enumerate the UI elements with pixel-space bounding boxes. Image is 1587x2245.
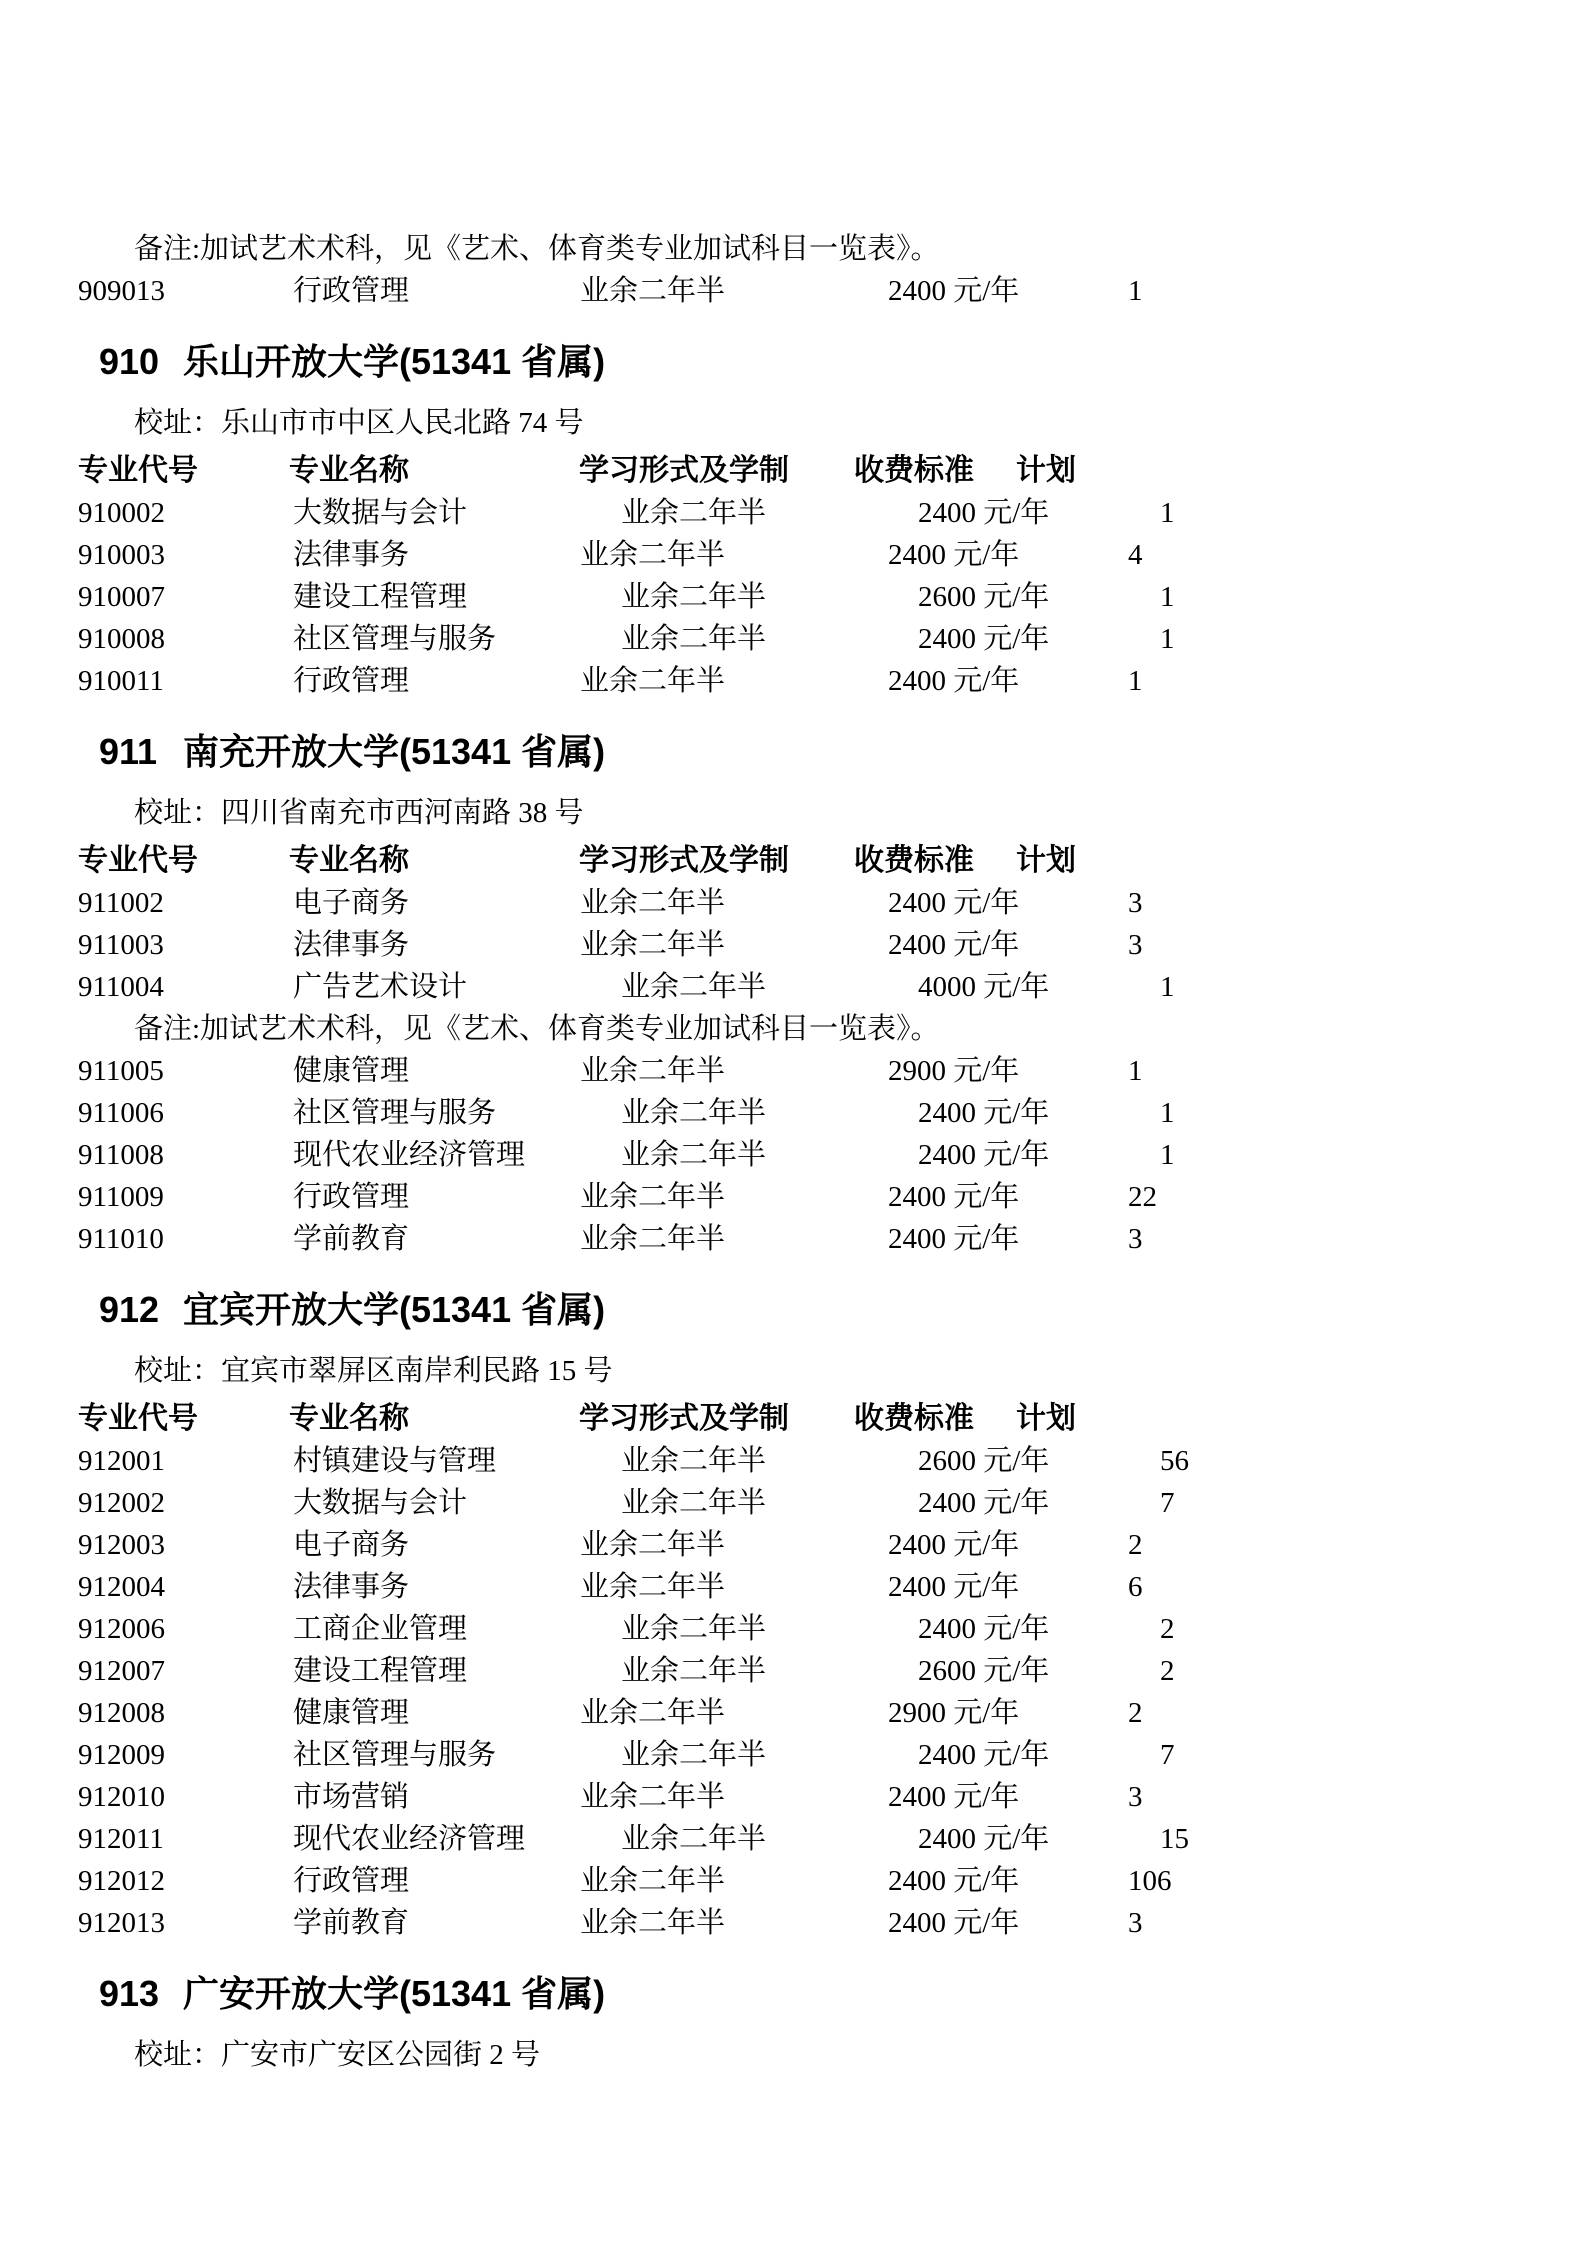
plan-count: 15 <box>1160 1818 1189 1860</box>
section-school-name: 宜宾开放大学(51341 省属) <box>183 1286 605 1334</box>
program-row: 912007建设工程管理业余二年半2600 元/年2 <box>0 1650 1587 1692</box>
section-number: 910 <box>99 338 159 386</box>
program-code: 912012 <box>78 1860 165 1902</box>
program-row: 910008社区管理与服务业余二年半2400 元/年1 <box>0 618 1587 660</box>
study-form: 业余二年半 <box>621 1482 766 1524</box>
program-code: 911010 <box>78 1218 164 1260</box>
study-form: 业余二年半 <box>621 1440 766 1482</box>
section-912: 912宜宾开放大学(51341 省属)校址：宜宾市翠屏区南岸利民路 15 号专业… <box>0 1286 1587 1944</box>
section-911: 911南充开放大学(51341 省属)校址：四川省南充市西河南路 38 号专业代… <box>0 728 1587 1260</box>
plan-count: 7 <box>1160 1734 1175 1776</box>
program-row: 912004法律事务业余二年半2400 元/年6 <box>0 1566 1587 1608</box>
program-code: 911003 <box>78 924 164 966</box>
program-code: 910008 <box>78 618 165 660</box>
column-header-plan: 计划 <box>1016 450 1076 492</box>
program-name: 大数据与会计 <box>293 1482 467 1524</box>
column-header-fee: 收费标准 <box>854 450 974 492</box>
program-name: 健康管理 <box>293 1050 409 1092</box>
program-name: 市场营销 <box>293 1776 409 1818</box>
section-number: 911 <box>99 728 157 776</box>
column-header-study: 学习形式及学制 <box>579 1398 789 1440</box>
plan-count: 2 <box>1128 1524 1143 1566</box>
fee-standard: 2600 元/年 <box>918 1650 1049 1692</box>
program-code: 911009 <box>78 1176 164 1218</box>
program-name: 建设工程管理 <box>293 576 467 618</box>
program-name: 行政管理 <box>293 1860 409 1902</box>
fee-standard: 2400 元/年 <box>888 1902 1019 1944</box>
study-form: 业余二年半 <box>621 492 766 534</box>
school-address: 校址：广安市广安区公园街 2 号 <box>134 2034 540 2076</box>
school-address-line: 校址：四川省南充市西河南路 38 号 <box>0 792 1587 834</box>
program-row: 912002大数据与会计业余二年半2400 元/年7 <box>0 1482 1587 1524</box>
fee-standard: 2400 元/年 <box>888 1776 1019 1818</box>
program-name: 社区管理与服务 <box>293 1092 496 1134</box>
fee-standard: 2400 元/年 <box>888 270 1019 312</box>
program-code: 910007 <box>78 576 165 618</box>
school-address-line: 校址：乐山市市中区人民北路 74 号 <box>0 402 1587 444</box>
fee-standard: 2900 元/年 <box>888 1050 1019 1092</box>
program-row: 910011行政管理业余二年半2400 元/年1 <box>0 660 1587 702</box>
program-row: 911003法律事务业余二年半2400 元/年3 <box>0 924 1587 966</box>
program-code: 912003 <box>78 1524 165 1566</box>
plan-count: 1 <box>1128 270 1143 312</box>
program-row: 912011现代农业经济管理业余二年半2400 元/年15 <box>0 1818 1587 1860</box>
study-form: 业余二年半 <box>580 1524 725 1566</box>
fee-standard: 2400 元/年 <box>888 882 1019 924</box>
program-name: 行政管理 <box>293 270 409 312</box>
plan-count: 6 <box>1128 1566 1143 1608</box>
table-header-row: 专业代号专业名称学习形式及学制收费标准计划 <box>0 450 1587 492</box>
fee-standard: 2400 元/年 <box>888 1860 1019 1902</box>
column-header-code: 专业代号 <box>78 450 198 492</box>
section-913: 913广安开放大学(51341 省属)校址：广安市广安区公园街 2 号 <box>0 1970 1587 2076</box>
plan-count: 2 <box>1128 1692 1143 1734</box>
study-form: 业余二年半 <box>580 1566 725 1608</box>
fee-standard: 2400 元/年 <box>918 492 1049 534</box>
study-form: 业余二年半 <box>621 576 766 618</box>
study-form: 业余二年半 <box>621 1092 766 1134</box>
fee-standard: 2400 元/年 <box>918 618 1049 660</box>
program-code: 912001 <box>78 1440 165 1482</box>
fee-standard: 2900 元/年 <box>888 1692 1019 1734</box>
fee-standard: 2400 元/年 <box>888 1524 1019 1566</box>
section-title: 912宜宾开放大学(51341 省属) <box>0 1286 1587 1334</box>
school-address: 校址：四川省南充市西河南路 38 号 <box>134 792 584 834</box>
program-name: 工商企业管理 <box>293 1608 467 1650</box>
fee-standard: 2400 元/年 <box>918 1134 1049 1176</box>
plan-count: 3 <box>1128 1218 1143 1260</box>
program-code: 912010 <box>78 1776 165 1818</box>
program-name: 行政管理 <box>293 660 409 702</box>
program-row: 912010市场营销业余二年半2400 元/年3 <box>0 1776 1587 1818</box>
program-row: 911009行政管理业余二年半2400 元/年22 <box>0 1176 1587 1218</box>
program-code: 912002 <box>78 1482 165 1524</box>
fee-standard: 4000 元/年 <box>918 966 1049 1008</box>
program-name: 现代农业经济管理 <box>293 1818 525 1860</box>
remark-note: 备注:加试艺术术科，见《艺术、体育类专业加试科目一览表》。 <box>0 228 1587 270</box>
column-header-fee: 收费标准 <box>854 840 974 882</box>
fee-standard: 2400 元/年 <box>918 1482 1049 1524</box>
remark-note: 备注:加试艺术术科，见《艺术、体育类专业加试科目一览表》。 <box>0 1008 1587 1050</box>
column-header-plan: 计划 <box>1016 840 1076 882</box>
study-form: 业余二年半 <box>580 882 725 924</box>
study-form: 业余二年半 <box>580 270 725 312</box>
program-row: 910007建设工程管理业余二年半2600 元/年1 <box>0 576 1587 618</box>
fee-standard: 2400 元/年 <box>888 924 1019 966</box>
school-address-line: 校址：广安市广安区公园街 2 号 <box>0 2034 1587 2076</box>
section-school-name: 乐山开放大学(51341 省属) <box>183 338 605 386</box>
plan-count: 106 <box>1128 1860 1172 1902</box>
program-name: 学前教育 <box>293 1902 409 1944</box>
program-name: 法律事务 <box>293 534 409 576</box>
program-row: 911010学前教育业余二年半2400 元/年3 <box>0 1218 1587 1260</box>
program-row: 911005健康管理业余二年半2900 元/年1 <box>0 1050 1587 1092</box>
study-form: 业余二年半 <box>621 1818 766 1860</box>
program-code: 912008 <box>78 1692 165 1734</box>
study-form: 业余二年半 <box>580 1860 725 1902</box>
plan-count: 1 <box>1160 1134 1175 1176</box>
program-code: 911008 <box>78 1134 164 1176</box>
fee-standard: 2400 元/年 <box>918 1608 1049 1650</box>
plan-count: 4 <box>1128 534 1143 576</box>
program-name: 电子商务 <box>293 1524 409 1566</box>
fee-standard: 2400 元/年 <box>918 1734 1049 1776</box>
study-form: 业余二年半 <box>580 1050 725 1092</box>
plan-count: 2 <box>1160 1608 1175 1650</box>
study-form: 业余二年半 <box>621 1608 766 1650</box>
program-row: 912006工商企业管理业余二年半2400 元/年2 <box>0 1608 1587 1650</box>
program-name: 电子商务 <box>293 882 409 924</box>
program-row: 910002大数据与会计业余二年半2400 元/年1 <box>0 492 1587 534</box>
program-code: 912011 <box>78 1818 164 1860</box>
program-code: 912007 <box>78 1650 165 1692</box>
plan-count: 1 <box>1160 492 1175 534</box>
school-address-line: 校址：宜宾市翠屏区南岸利民路 15 号 <box>0 1350 1587 1392</box>
remark-note-text: 备注:加试艺术术科，见《艺术、体育类专业加试科目一览表》。 <box>134 228 940 270</box>
plan-count: 1 <box>1160 576 1175 618</box>
section-school-name: 南充开放大学(51341 省属) <box>183 728 605 776</box>
plan-count: 22 <box>1128 1176 1157 1218</box>
section-title: 911南充开放大学(51341 省属) <box>0 728 1587 776</box>
program-name: 健康管理 <box>293 1692 409 1734</box>
plan-count: 3 <box>1128 882 1143 924</box>
program-name: 广告艺术设计 <box>293 966 467 1008</box>
program-row: 909013行政管理业余二年半2400 元/年1 <box>0 270 1587 312</box>
study-form: 业余二年半 <box>580 660 725 702</box>
study-form: 业余二年半 <box>621 1734 766 1776</box>
school-address: 校址：乐山市市中区人民北路 74 号 <box>134 402 584 444</box>
column-header-code: 专业代号 <box>78 1398 198 1440</box>
column-header-code: 专业代号 <box>78 840 198 882</box>
program-code: 910003 <box>78 534 165 576</box>
program-name: 现代农业经济管理 <box>293 1134 525 1176</box>
column-header-plan: 计划 <box>1016 1398 1076 1440</box>
program-code: 911005 <box>78 1050 164 1092</box>
program-code: 912004 <box>78 1566 165 1608</box>
program-code: 912009 <box>78 1734 165 1776</box>
section-title: 910乐山开放大学(51341 省属) <box>0 338 1587 386</box>
plan-count: 7 <box>1160 1482 1175 1524</box>
fee-standard: 2400 元/年 <box>918 1818 1049 1860</box>
study-form: 业余二年半 <box>621 618 766 660</box>
plan-count: 1 <box>1160 966 1175 1008</box>
table-header-row: 专业代号专业名称学习形式及学制收费标准计划 <box>0 1398 1587 1440</box>
study-form: 业余二年半 <box>621 1134 766 1176</box>
program-row: 912003电子商务业余二年半2400 元/年2 <box>0 1524 1587 1566</box>
fee-standard: 2600 元/年 <box>918 1440 1049 1482</box>
study-form: 业余二年半 <box>580 534 725 576</box>
plan-count: 1 <box>1160 618 1175 660</box>
column-header-study: 学习形式及学制 <box>579 450 789 492</box>
plan-count: 1 <box>1128 1050 1143 1092</box>
fee-standard: 2600 元/年 <box>918 576 1049 618</box>
plan-count: 3 <box>1128 924 1143 966</box>
program-name: 建设工程管理 <box>293 1650 467 1692</box>
section-number: 913 <box>99 1970 159 2018</box>
section-title: 913广安开放大学(51341 省属) <box>0 1970 1587 2018</box>
school-address: 校址：宜宾市翠屏区南岸利民路 15 号 <box>134 1350 613 1392</box>
column-header-fee: 收费标准 <box>854 1398 974 1440</box>
document-page: 备注:加试艺术术科，见《艺术、体育类专业加试科目一览表》。909013行政管理业… <box>0 0 1587 2245</box>
program-name: 村镇建设与管理 <box>293 1440 496 1482</box>
program-code: 910002 <box>78 492 165 534</box>
program-name: 学前教育 <box>293 1218 409 1260</box>
program-row: 911006社区管理与服务业余二年半2400 元/年1 <box>0 1092 1587 1134</box>
program-row: 910003法律事务业余二年半2400 元/年4 <box>0 534 1587 576</box>
plan-count: 3 <box>1128 1776 1143 1818</box>
column-header-name: 专业名称 <box>289 1398 409 1440</box>
program-row: 912013学前教育业余二年半2400 元/年3 <box>0 1902 1587 1944</box>
program-code: 910011 <box>78 660 164 702</box>
program-code: 911002 <box>78 882 164 924</box>
column-header-name: 专业名称 <box>289 450 409 492</box>
column-header-study: 学习形式及学制 <box>579 840 789 882</box>
program-name: 大数据与会计 <box>293 492 467 534</box>
study-form: 业余二年半 <box>580 924 725 966</box>
program-code: 911004 <box>78 966 164 1008</box>
plan-count: 3 <box>1128 1902 1143 1944</box>
program-name: 社区管理与服务 <box>293 1734 496 1776</box>
section-910: 910乐山开放大学(51341 省属)校址：乐山市市中区人民北路 74 号专业代… <box>0 338 1587 702</box>
study-form: 业余二年半 <box>580 1692 725 1734</box>
program-name: 社区管理与服务 <box>293 618 496 660</box>
program-code: 909013 <box>78 270 165 312</box>
fee-standard: 2400 元/年 <box>888 1218 1019 1260</box>
program-row: 912001村镇建设与管理业余二年半2600 元/年56 <box>0 1440 1587 1482</box>
fee-standard: 2400 元/年 <box>918 1092 1049 1134</box>
fee-standard: 2400 元/年 <box>888 1566 1019 1608</box>
program-name: 法律事务 <box>293 1566 409 1608</box>
study-form: 业余二年半 <box>580 1902 725 1944</box>
study-form: 业余二年半 <box>621 966 766 1008</box>
program-code: 912006 <box>78 1608 165 1650</box>
program-row: 912009社区管理与服务业余二年半2400 元/年7 <box>0 1734 1587 1776</box>
plan-count: 1 <box>1160 1092 1175 1134</box>
program-code: 911006 <box>78 1092 164 1134</box>
study-form: 业余二年半 <box>580 1776 725 1818</box>
program-code: 912013 <box>78 1902 165 1944</box>
study-form: 业余二年半 <box>580 1218 725 1260</box>
remark-note-text: 备注:加试艺术术科，见《艺术、体育类专业加试科目一览表》。 <box>134 1008 940 1050</box>
program-row: 911002电子商务业余二年半2400 元/年3 <box>0 882 1587 924</box>
fee-standard: 2400 元/年 <box>888 660 1019 702</box>
program-row: 911004广告艺术设计业余二年半4000 元/年1 <box>0 966 1587 1008</box>
plan-count: 56 <box>1160 1440 1189 1482</box>
program-name: 行政管理 <box>293 1176 409 1218</box>
program-name: 法律事务 <box>293 924 409 966</box>
section-number: 912 <box>99 1286 159 1334</box>
column-header-name: 专业名称 <box>289 840 409 882</box>
table-header-row: 专业代号专业名称学习形式及学制收费标准计划 <box>0 840 1587 882</box>
fee-standard: 2400 元/年 <box>888 534 1019 576</box>
program-row: 912008健康管理业余二年半2900 元/年2 <box>0 1692 1587 1734</box>
fee-standard: 2400 元/年 <box>888 1176 1019 1218</box>
plan-count: 2 <box>1160 1650 1175 1692</box>
program-row: 912012行政管理业余二年半2400 元/年106 <box>0 1860 1587 1902</box>
plan-count: 1 <box>1128 660 1143 702</box>
study-form: 业余二年半 <box>580 1176 725 1218</box>
program-row: 911008现代农业经济管理业余二年半2400 元/年1 <box>0 1134 1587 1176</box>
study-form: 业余二年半 <box>621 1650 766 1692</box>
section-school-name: 广安开放大学(51341 省属) <box>183 1970 605 2018</box>
